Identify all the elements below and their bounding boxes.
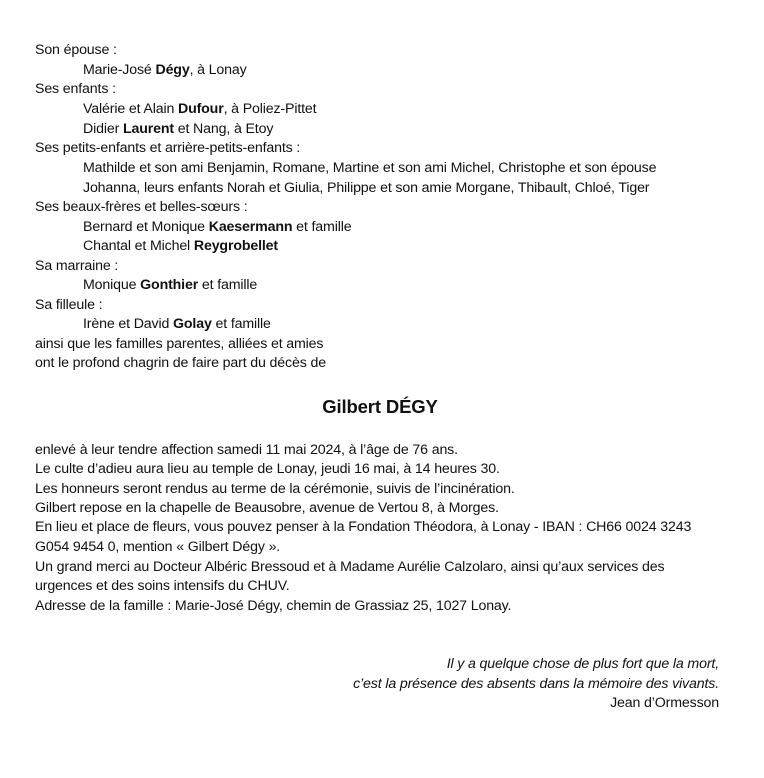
text: et Nang, à Etoy bbox=[174, 121, 273, 137]
goddaughter-label: Sa filleule : bbox=[35, 296, 102, 316]
details-line: G054 9454 0, mention « Gilbert Dégy ». bbox=[35, 538, 280, 558]
details-line: En lieu et place de fleurs, vous pouvez … bbox=[35, 518, 691, 538]
godmother-label: Sa marraine : bbox=[35, 257, 118, 277]
surname: Kaesermann bbox=[209, 219, 293, 235]
surname: Laurent bbox=[123, 121, 174, 137]
spouse-label: Son épouse : bbox=[35, 41, 117, 61]
text: Didier bbox=[83, 121, 123, 137]
text: Marie-José bbox=[83, 62, 155, 78]
text: et famille bbox=[212, 316, 271, 332]
child-entry: Didier Laurent et Nang, à Etoy bbox=[83, 120, 273, 140]
details-line: Le culte d’adieu aura lieu au temple de … bbox=[35, 460, 500, 480]
text: Monique bbox=[83, 277, 140, 293]
grandchildren-line: Mathilde et son ami Benjamin, Romane, Ma… bbox=[83, 159, 656, 179]
surname: Reygrobellet bbox=[194, 238, 278, 254]
children-label: Ses enfants : bbox=[35, 80, 116, 100]
closing-line: ont le profond chagrin de faire part du … bbox=[35, 354, 326, 374]
closing-line: ainsi que les familles parentes, alliées… bbox=[35, 335, 323, 355]
quote-line: c’est la présence des absents dans la mé… bbox=[353, 675, 719, 695]
details-line: urgences et des soins intensifs du CHUV. bbox=[35, 577, 290, 597]
inlaws-label: Ses beaux-frères et belles-sœurs : bbox=[35, 198, 248, 218]
text: Valérie et Alain bbox=[83, 101, 178, 117]
text: Chantal et Michel bbox=[83, 238, 194, 254]
text: , à Poliez-Pittet bbox=[224, 101, 317, 117]
surname: Gonthier bbox=[140, 277, 198, 293]
details-line: Les honneurs seront rendus au terme de l… bbox=[35, 480, 515, 500]
spouse-entry: Marie-José Dégy, à Lonay bbox=[83, 61, 247, 81]
inlaw-entry: Bernard et Monique Kaesermann et famille bbox=[83, 218, 351, 238]
text: et famille bbox=[198, 277, 257, 293]
deceased-name: Gilbert DÉGY bbox=[35, 396, 725, 418]
text: et famille bbox=[292, 219, 351, 235]
text: Irène et David bbox=[83, 316, 173, 332]
grandchildren-label: Ses petits-enfants et arrière-petits-enf… bbox=[35, 139, 300, 159]
godmother-entry: Monique Gonthier et famille bbox=[83, 276, 257, 296]
details-line: Un grand merci au Docteur Albéric Bresso… bbox=[35, 558, 664, 578]
quote-line: Il y a quelque chose de plus fort que la… bbox=[447, 655, 719, 675]
child-entry: Valérie et Alain Dufour, à Poliez-Pittet bbox=[83, 100, 316, 120]
details-line: Adresse de la famille : Marie-José Dégy,… bbox=[35, 597, 511, 617]
surname: Golay bbox=[173, 316, 212, 332]
goddaughter-entry: Irène et David Golay et famille bbox=[83, 315, 271, 335]
details-line: enlevé à leur tendre affection samedi 11… bbox=[35, 441, 458, 461]
surname: Dégy bbox=[155, 62, 189, 78]
text: , à Lonay bbox=[190, 62, 247, 78]
details-line: Gilbert repose en la chapelle de Beausob… bbox=[35, 499, 499, 519]
grandchildren-line: Johanna, leurs enfants Norah et Giulia, … bbox=[83, 179, 649, 199]
quote-author: Jean d’Ormesson bbox=[610, 694, 719, 714]
text: Bernard et Monique bbox=[83, 219, 209, 235]
surname: Dufour bbox=[178, 101, 224, 117]
inlaw-entry: Chantal et Michel Reygrobellet bbox=[83, 237, 278, 257]
